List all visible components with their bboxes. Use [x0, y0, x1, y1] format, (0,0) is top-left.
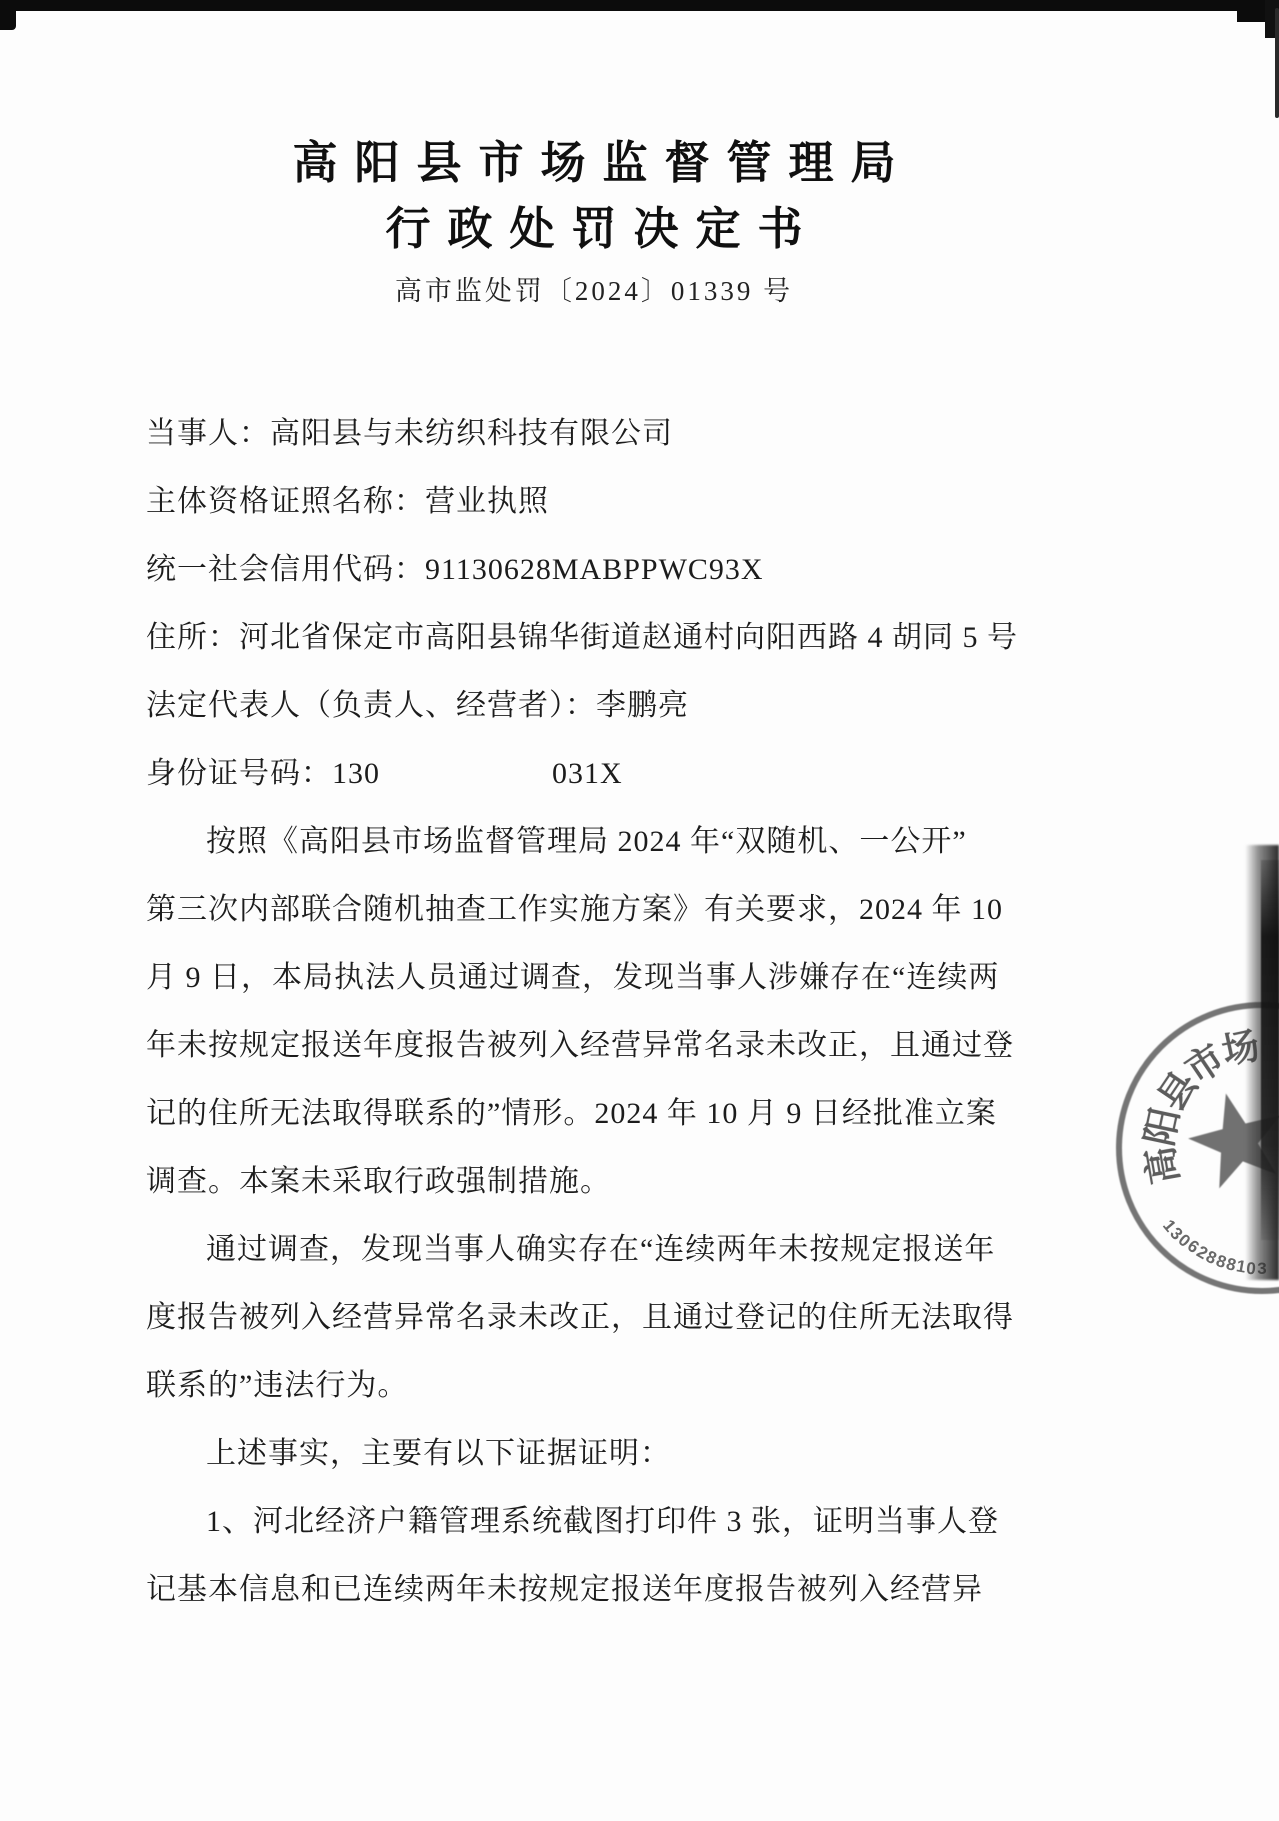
seal-serial-digit: 2	[1193, 1242, 1211, 1264]
legal-representative-line: 法定代表人（负责人、经营者）：李鹏亮	[146, 672, 1051, 740]
seal-serial-digit: 6	[1183, 1236, 1202, 1258]
agency-title: 高阳县市场监督管理局	[146, 126, 1042, 191]
penalty-decision-document: 高阳县市场监督管理局 行政处罚决定书 高市监处罚〔2024〕01339 号 当事…	[0, 0, 1279, 1821]
seal-serial-digit: 8	[1224, 1254, 1238, 1276]
scan-top-edge	[0, 0, 1279, 11]
paragraph2-line: 度报告被列入经营异常名录未改正，且通过登记的住所无法取得	[146, 1284, 1051, 1352]
id-number-label: 身份证号码：	[146, 757, 332, 790]
evidence-intro-line: 上述事实，主要有以下证据证明：	[146, 1420, 1051, 1488]
party-line: 当事人：高阳县与未纺织科技有限公司	[146, 400, 1051, 468]
paragraph1-line: 第三次内部联合随机抽查工作实施方案》有关要求，2024 年 10	[146, 876, 1051, 944]
seal-serial-digit: 3	[1166, 1224, 1187, 1245]
id-number-line: 身份证号码：130031X	[146, 740, 1051, 808]
seal-serial-digit: 8	[1213, 1251, 1229, 1273]
seal-serial-digit: 8	[1202, 1247, 1219, 1269]
license-name-line: 主体资格证照名称：营业执照	[146, 468, 1051, 536]
paragraph1-line: 记的住所无法取得联系的”情形。2024 年 10 月 9 日经批准立案	[146, 1080, 1051, 1148]
evidence-item-line: 1、河北经济户籍管理系统截图打印件 3 张，证明当事人登	[146, 1488, 1051, 1556]
paragraph2-line: 通过调查，发现当事人确实存在“连续两年未按规定报送年	[146, 1216, 1051, 1284]
document-type-title: 行政处罚决定书	[146, 192, 1042, 257]
seal-arc-char: 高	[1129, 1143, 1189, 1189]
evidence-item-line: 记基本信息和已连续两年未按规定报送年度报告被列入经营异	[146, 1556, 1051, 1624]
paragraph2-line: 联系的”违法行为。	[146, 1352, 1051, 1420]
scan-corner-left	[0, 0, 16, 30]
address-line: 住所：河北省保定市高阳县锦华街道赵通村向阳西路 4 胡同 5 号	[146, 604, 1051, 672]
scan-shadow-band-core	[1261, 860, 1279, 1240]
paragraph1-line: 调查。本案未采取行政强制措施。	[146, 1148, 1051, 1216]
id-number-suffix: 031X	[552, 757, 623, 790]
seal-serial-digit: 0	[1174, 1230, 1194, 1251]
seal-arc-char: 县	[1142, 1059, 1207, 1120]
document-body: 当事人：高阳县与未纺织科技有限公司 主体资格证照名称：营业执照 统一社会信用代码…	[146, 400, 1051, 1624]
scan-right-edge-line	[1275, 8, 1279, 118]
id-number-prefix: 130	[332, 757, 380, 790]
document-number: 高市监处罚〔2024〕01339 号	[146, 269, 1042, 308]
paragraph1-line: 年未按规定报送年度报告被列入经营异常名录未改正，且通过登	[146, 1012, 1051, 1080]
seal-arc-char: 阳	[1129, 1102, 1190, 1149]
credit-code-line: 统一社会信用代码：91130628MABPPWC93X	[146, 536, 1051, 604]
seal-serial-digit: 1	[1158, 1216, 1179, 1236]
seal-arc-char: 市	[1173, 1028, 1234, 1093]
paragraph1-line: 月 9 日，本局执法人员通过调查，发现当事人涉嫌存在“连续两	[146, 944, 1051, 1012]
paragraph1-line: 按照《高阳县市场监督管理局 2024 年“双随机、一公开”	[146, 808, 1051, 876]
